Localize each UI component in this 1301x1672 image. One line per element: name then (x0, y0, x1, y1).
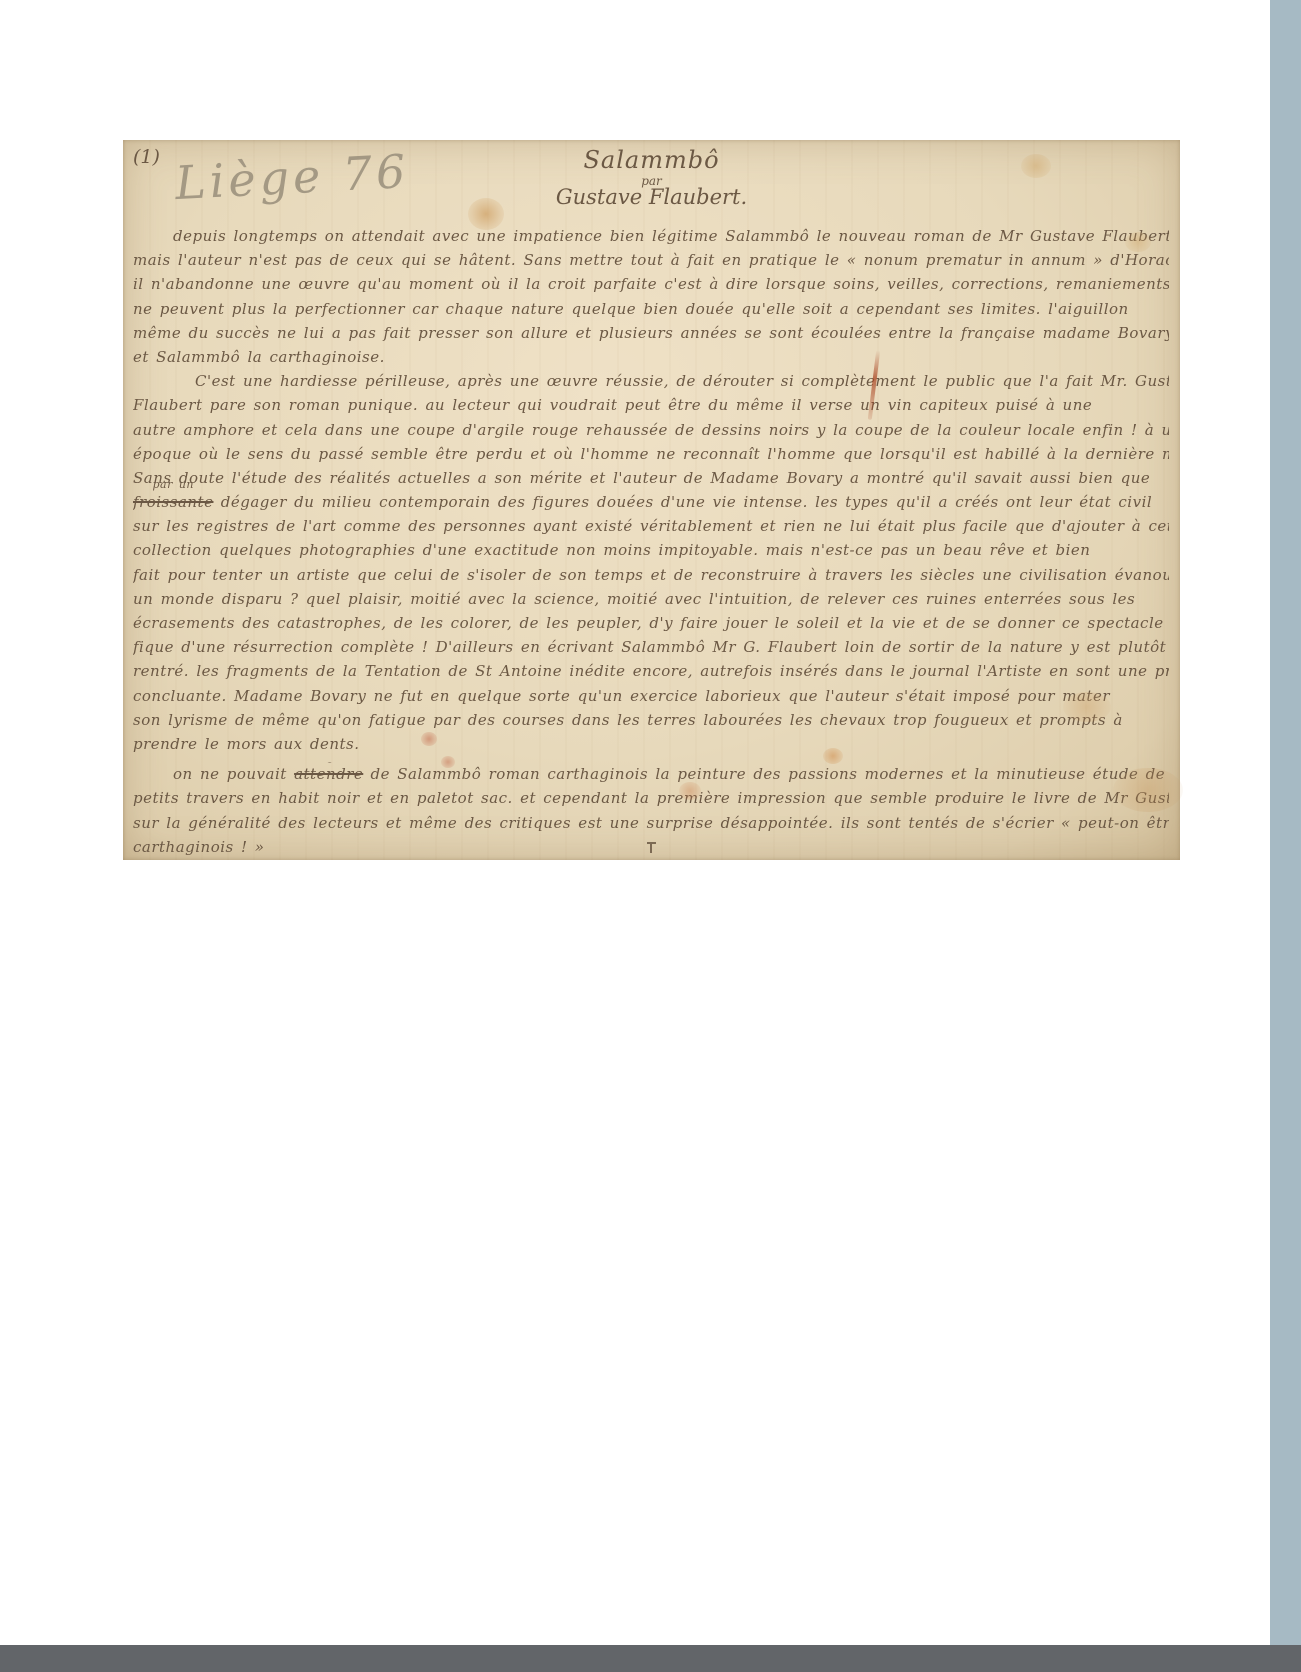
frame-bottom-bar (0, 1645, 1301, 1672)
manuscript-line: prendre le mors aux dents. (133, 732, 1169, 756)
manuscript-title: Salammbô (123, 146, 1180, 174)
manuscript-line: collection quelques photographies d'une … (133, 538, 1169, 562)
manuscript-line: écrasements des catastrophes, de les col… (133, 611, 1169, 635)
manuscript-line: époque où le sens du passé semble être p… (133, 442, 1169, 466)
frame-right-bar (1270, 0, 1301, 1672)
manuscript-line: fique d'une résurrection complète ! D'ai… (133, 635, 1169, 659)
manuscript-paragraph: on ne pouvait exigerattendre de Salammbô… (133, 762, 1169, 859)
viewer-page: { "page_frame": { "right_bar_color": "#a… (0, 0, 1301, 1672)
manuscript-line: fait pour tenter un artiste que celui de… (133, 563, 1169, 587)
manuscript-line: même du succès ne lui a pas fait presser… (133, 321, 1169, 345)
manuscript-line: C'est une hardiesse périlleuse, après un… (133, 369, 1169, 393)
manuscript-line: et Salammbô la carthaginoise. (133, 345, 1169, 369)
manuscript-line: Sans doute l'étude des réalités actuelle… (133, 466, 1169, 490)
manuscript-paragraph: depuis longtemps on attendait avec une i… (133, 224, 1169, 369)
manuscript-line: carthaginois ! » (133, 835, 1169, 859)
manuscript-line: ne peuvent plus la perfectionner car cha… (133, 297, 1169, 321)
manuscript-scan: (1) Liège 76 Salammbô par Gustave Flaube… (123, 140, 1180, 860)
correction: exigerattendre (294, 762, 363, 786)
manuscript-line: son lyrisme de même qu'on fatigue par de… (133, 708, 1169, 732)
manuscript-line: sur la généralité des lecteurs et même d… (133, 811, 1169, 835)
manuscript-title-block: Salammbô par Gustave Flaubert. (123, 146, 1180, 208)
manuscript-line: on ne pouvait exigerattendre de Salammbô… (133, 762, 1169, 786)
manuscript-line: depuis longtemps on attendait avec une i… (133, 224, 1169, 248)
manuscript-line: rentré. les fragments de la Tentation de… (133, 659, 1169, 683)
manuscript-line: il n'abandonne une œuvre qu'au moment où… (133, 272, 1169, 296)
manuscript-line: autre amphore et cela dans une coupe d'a… (133, 418, 1169, 442)
manuscript-line: sur les registres de l'art comme des per… (133, 514, 1169, 538)
struck-word: froissante (133, 493, 213, 511)
manuscript-body: depuis longtemps on attendait avec une i… (133, 224, 1169, 856)
correction: par unfroissante (133, 490, 213, 514)
manuscript-line: mais l'auteur n'est pas de ceux qui se h… (133, 248, 1169, 272)
manuscript-paragraph: C'est une hardiesse périlleuse, après un… (133, 369, 1169, 756)
manuscript-line: Flaubert pare son roman punique. au lect… (133, 393, 1169, 417)
manuscript-line: petits travers en habit noir et en palet… (133, 786, 1169, 810)
manuscript-line: par unfroissante dégager du milieu conte… (133, 490, 1169, 514)
manuscript-line: concluante. Madame Bovary ne fut en quel… (133, 684, 1169, 708)
manuscript-byline: Gustave Flaubert. (123, 186, 1180, 208)
manuscript-line: un monde disparu ? quel plaisir, moitié … (133, 587, 1169, 611)
struck-word: attendre (294, 765, 363, 783)
inserted-word: par un (152, 479, 194, 490)
